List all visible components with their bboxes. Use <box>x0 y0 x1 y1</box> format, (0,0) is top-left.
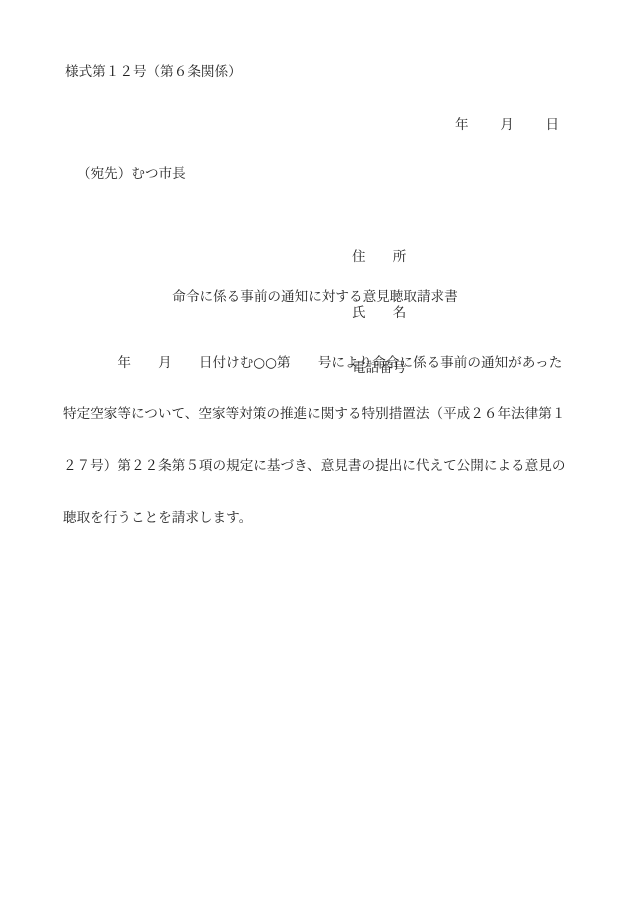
body-line: 特定空家等について、空家等対策の推進に関する特別措置法（平成２６年法律第１ <box>63 406 583 423</box>
body-line: ２７号）第２２条第５項の規定に基づき、意見書の提出に代えて公開による意見の <box>63 458 583 475</box>
body-line: 聴取を行うことを請求します。 <box>63 510 583 527</box>
body-paragraph: 年 月 日付けむ○○第 号により命令に係る事前の通知があった 特定空家等について… <box>63 320 583 562</box>
form-number: 様式第１２号（第６条関係） <box>65 64 242 80</box>
document-title: 命令に係る事前の通知に対する意見聴取請求書 <box>0 289 630 305</box>
document-page: 様式第１２号（第６条関係） 年 月 日 （宛先）むつ市長 住 所 氏 名 電話番… <box>0 0 630 903</box>
issue-date-line: 年 月 日 <box>455 117 561 133</box>
addressee-line: （宛先）むつ市長 <box>77 166 186 182</box>
sender-address-label: 住 所 <box>352 248 406 267</box>
body-line: 年 月 日付けむ○○第 号により命令に係る事前の通知があった <box>63 355 583 372</box>
